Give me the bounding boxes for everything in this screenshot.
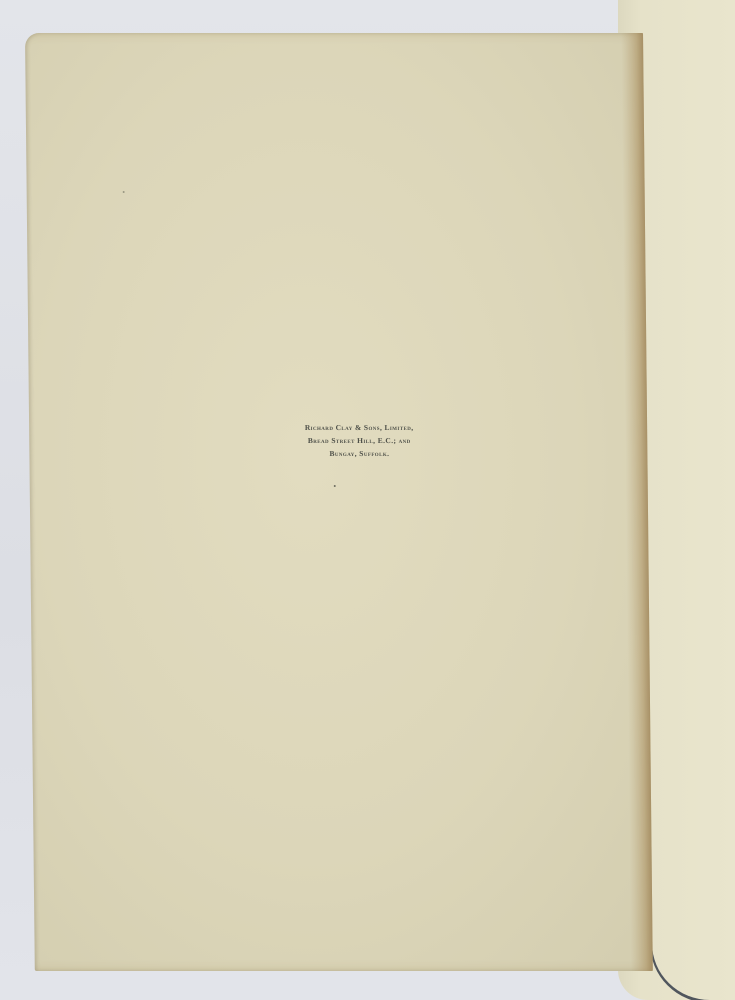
printer-imprint: Richard Clay & Sons, Limited, Bread Stre… <box>269 421 449 460</box>
book-page: Richard Clay & Sons, Limited, Bread Stre… <box>25 33 653 971</box>
paper-speck <box>123 191 125 193</box>
imprint-line-2: Bread Street Hill, E.C.; and <box>269 434 449 447</box>
ornament-dot <box>334 485 336 487</box>
imprint-line-1: Richard Clay & Sons, Limited, <box>269 421 449 434</box>
imprint-line-3: Bungay, Suffolk. <box>269 447 449 460</box>
